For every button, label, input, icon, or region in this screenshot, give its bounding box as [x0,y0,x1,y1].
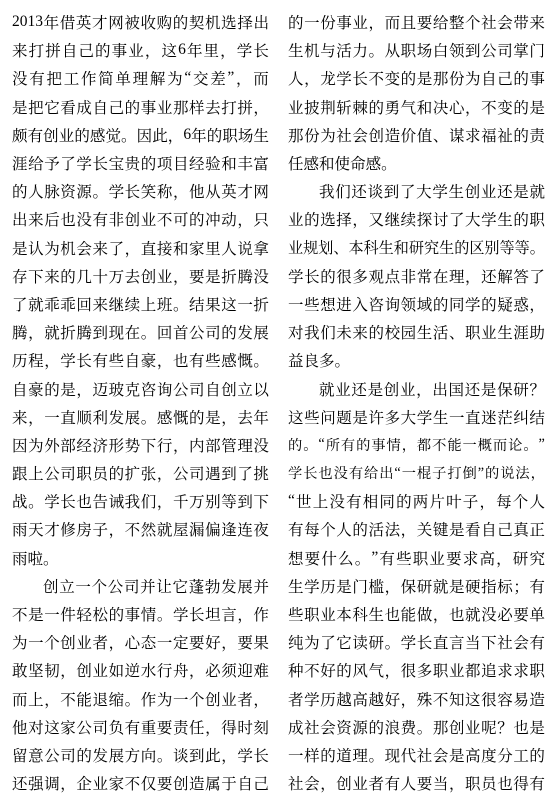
text-line: 业规划、本科生和研究生的区别等等。 [288,234,545,262]
text-line: 生机与活力。从职场白领到公司掌门 [288,36,545,64]
text-line: 我们还谈到了大学生创业还是就 [288,177,545,205]
text-line: 了就乖乖回来继续上班。结果这一折 [12,290,269,318]
text-line: 业披荆斩棘的勇气和决心，不变的是 [288,93,545,121]
text-line: 想要什么。”有些职业要求高，研究 [288,544,545,572]
text-line: 那份为社会创造价值、谋求福祉的责 [288,121,545,149]
text-line: 学长的很多观点非常在理，还解答了 [288,262,545,290]
text-line: 留意公司的发展方向。谈到此，学长 [12,741,269,769]
text-line: 战。学长也告诫我们，千万别等到下 [12,487,269,515]
text-line: 他对这家公司负有重要责任，得时刻 [12,713,269,741]
text-line: 生学历是门槛，保研就是硬指标；有 [288,572,545,600]
text-line: 的人脉资源。学长笑称，他从英才网 [12,177,269,205]
text-line: 还强调，企业家不仅要创造属于自己 [12,769,269,797]
text-line: 因为外部经济形势下行，内部管理没 [12,431,269,459]
text-line: 对我们未来的校园生活、职业生涯助 [288,318,545,346]
text-line: 历程，学长有些自豪，也有些感慨。 [12,346,269,374]
text-line: 自豪的是，迈玻克咨询公司自创立以 [12,374,269,402]
text-line: 敢坚韧，创业如逆水行舟，必须迎难 [12,656,269,684]
text-line: 来打拼自己的事业，这6年里，学长 [12,36,269,64]
text-column-right: 的一份事业，而且要给整个社会带来生机与活力。从职场白领到公司掌门人，龙学长不变的… [288,8,545,809]
text-line: “世上没有相同的两片叶子，每个人 [288,487,545,515]
text-line: 跟上公司职员的扩张，公司遇到了挑 [12,459,269,487]
text-line: 存下来的几十万去创业，要是折腾没 [12,262,269,290]
text-line: 出来后也没有非创业不可的冲动，只 [12,205,269,233]
text-line: 人，龙学长不变的是那份为自己的事 [288,64,545,92]
document-page: 2013年借英才网被收购的契机选择出来打拼自己的事业，这6年里，学长没有把工作简… [0,0,551,809]
text-line: 雨啦。 [12,544,269,572]
text-line: 一样的道理。现代社会是高度分工的 [288,741,545,769]
text-line: 不是一件轻松的事情。学长坦言，作 [12,600,269,628]
text-line: 腾，就折腾到现在。回首公司的发展 [12,318,269,346]
text-line: 为一个创业者，心态一定要好，要果 [12,628,269,656]
text-line: 成社会资源的浪费。那创业呢？也是 [288,713,545,741]
text-line: 雨天才修房子，不然就屋漏偏逢连夜 [12,515,269,543]
text-line: 有每个人的活法，关键是看自己真正 [288,515,545,543]
text-line: 社会，创业者有人要当，职员也得有 [288,769,545,797]
text-line: 种不好的风气，很多职业都追求求职 [288,656,545,684]
text-line: 是认为机会来了，直接和家里人说拿 [12,234,269,262]
text-line: 的一份事业，而且要给整个社会带来 [288,8,545,36]
text-line: 益良多。 [288,346,545,374]
text-line: 业的选择，又继续探讨了大学生的职 [288,205,545,233]
text-line: 颇有创业的感觉。因此，6年的职场生 [12,121,269,149]
text-line: 而上，不能退缩。作为一个创业者， [12,685,269,713]
text-line: 任感和使命感。 [288,149,545,177]
text-column-left: 2013年借英才网被收购的契机选择出来打拼自己的事业，这6年里，学长没有把工作简… [12,8,269,809]
text-line: 涯给予了学长宝贵的项目经验和丰富 [12,149,269,177]
text-line: 一些想进入咨询领域的同学的疑惑， [288,290,545,318]
text-line: 的。“所有的事情，都不能一概而论。” [288,431,545,459]
text-line: 2013年借英才网被收购的契机选择出 [12,8,269,36]
text-line: 者学历越高越好，殊不知这很容易造 [288,685,545,713]
text-line: 是把它看成自己的事业那样去打拼， [12,93,269,121]
text-line: 就业还是创业，出国还是保研？ [288,374,545,402]
text-line: 来，一直顺利发展。感慨的是，去年 [12,403,269,431]
text-line: 创立一个公司并让它蓬勃发展并 [12,572,269,600]
text-line: 这些问题是许多大学生一直迷茫纠结 [288,403,545,431]
text-line: 没有把工作简单理解为“交差”，而 [12,64,269,92]
text-line: 纯为了它读研。学长直言当下社会有 [288,628,545,656]
text-line: 学长也没有给出“一棍子打倒”的说法， [288,459,545,487]
text-line: 些职业本科生也能做，也就没必要单 [288,600,545,628]
